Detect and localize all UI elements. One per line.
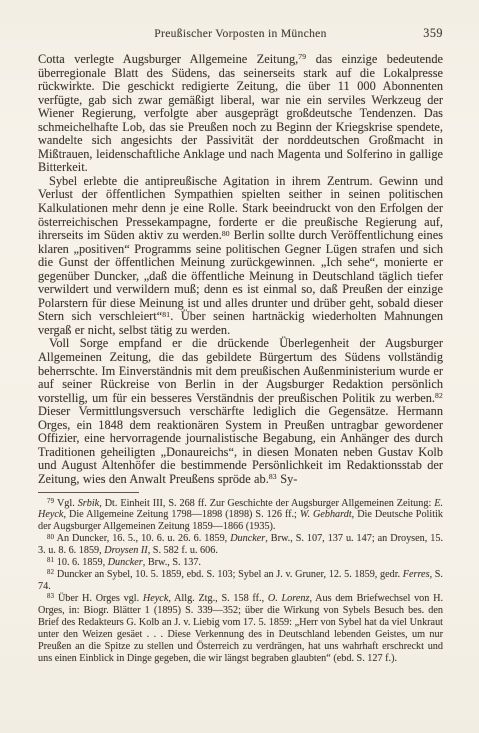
italic-text: Duncker [108, 557, 143, 568]
book-page: Preußischer Vorposten in München 359 Cot… [0, 0, 479, 733]
footnote-ref: 80 [222, 229, 230, 238]
italic-text: Srbik [78, 498, 100, 509]
footnote: 82 Duncker an Sybel, 10. 5. 1859, ebd. S… [38, 569, 443, 593]
text-run: , Die Allgemeine Zeitung 1798—1898 (1898… [63, 509, 299, 520]
footnote: 79 Vgl. Srbik, Dt. Einheit III, S. 268 f… [38, 498, 443, 534]
footnote-ref: 79 [47, 498, 54, 505]
footnote-ref: 80 [47, 534, 54, 541]
text-run: , S. 582 f. u. 606. [148, 545, 218, 556]
footnote-ref: 81 [162, 310, 170, 319]
text-run: 10. 6. 1859, [54, 557, 107, 568]
text-run: Sy- [277, 472, 298, 486]
footnote-ref: 79 [298, 52, 306, 61]
italic-text: Droysen II [104, 545, 147, 556]
italic-text: O. Lorenz [268, 593, 310, 604]
text-run: , Dt. Einheit III, S. 268 ff. Zur Geschi… [99, 498, 434, 509]
body-paragraph: Cotta verlegte Augsburger Allgemeine Zei… [38, 53, 443, 175]
footnote-ref: 83 [47, 593, 54, 600]
text-run: , Brw., S. 137. [143, 557, 201, 568]
text-run: Über H. Orges vgl. [54, 593, 143, 604]
page-number: 359 [423, 27, 443, 40]
italic-text: W. Gebhardt [300, 509, 352, 520]
body-text: Cotta verlegte Augsburger Allgemeine Zei… [38, 53, 443, 487]
running-header-title: Preußischer Vorposten in München [154, 27, 326, 40]
italic-text: Heyck [143, 593, 168, 604]
text-run: , Allg. Ztg., S. 158 ff., [168, 593, 268, 604]
text-run: Vgl. [54, 498, 78, 509]
italic-text: Ferres [403, 569, 430, 580]
text-run: Dieser Vermittlungsversuch verschärfte l… [38, 404, 443, 486]
text-run: Duncker an Sybel, 10. 5. 1859, ebd. S. 1… [54, 569, 403, 580]
footnote-separator [38, 492, 139, 493]
body-paragraph: Sybel erlebte die antipreußische Agitati… [38, 175, 443, 338]
footnote: 81 10. 6. 1859, Duncker, Brw., S. 137. [38, 557, 443, 569]
running-header: Preußischer Vorposten in München 359 [38, 27, 443, 42]
footnotes: 79 Vgl. Srbik, Dt. Einheit III, S. 268 f… [38, 498, 443, 665]
footnote: 83 Über H. Orges vgl. Heyck, Allg. Ztg.,… [38, 593, 443, 665]
footnote: 80 An Duncker, 16. 5., 10. 6. u. 26. 6. … [38, 533, 443, 557]
text-run: Voll Sorge empfand er die drückende Über… [38, 336, 443, 404]
footnote-ref: 82 [47, 569, 54, 576]
text-run: Cotta verlegte Augsburger Allgemeine Zei… [38, 52, 298, 66]
footnote-ref: 81 [47, 557, 54, 564]
footnote-ref: 82 [435, 391, 443, 400]
text-run: das einzige bedeutende überregionale Bla… [38, 52, 443, 174]
text-run: An Duncker, 16. 5., 10. 6. u. 26. 6. 185… [54, 533, 230, 544]
italic-text: Duncker [230, 533, 265, 544]
footnote-ref: 83 [269, 472, 277, 481]
body-paragraph: Voll Sorge empfand er die drückende Über… [38, 337, 443, 486]
